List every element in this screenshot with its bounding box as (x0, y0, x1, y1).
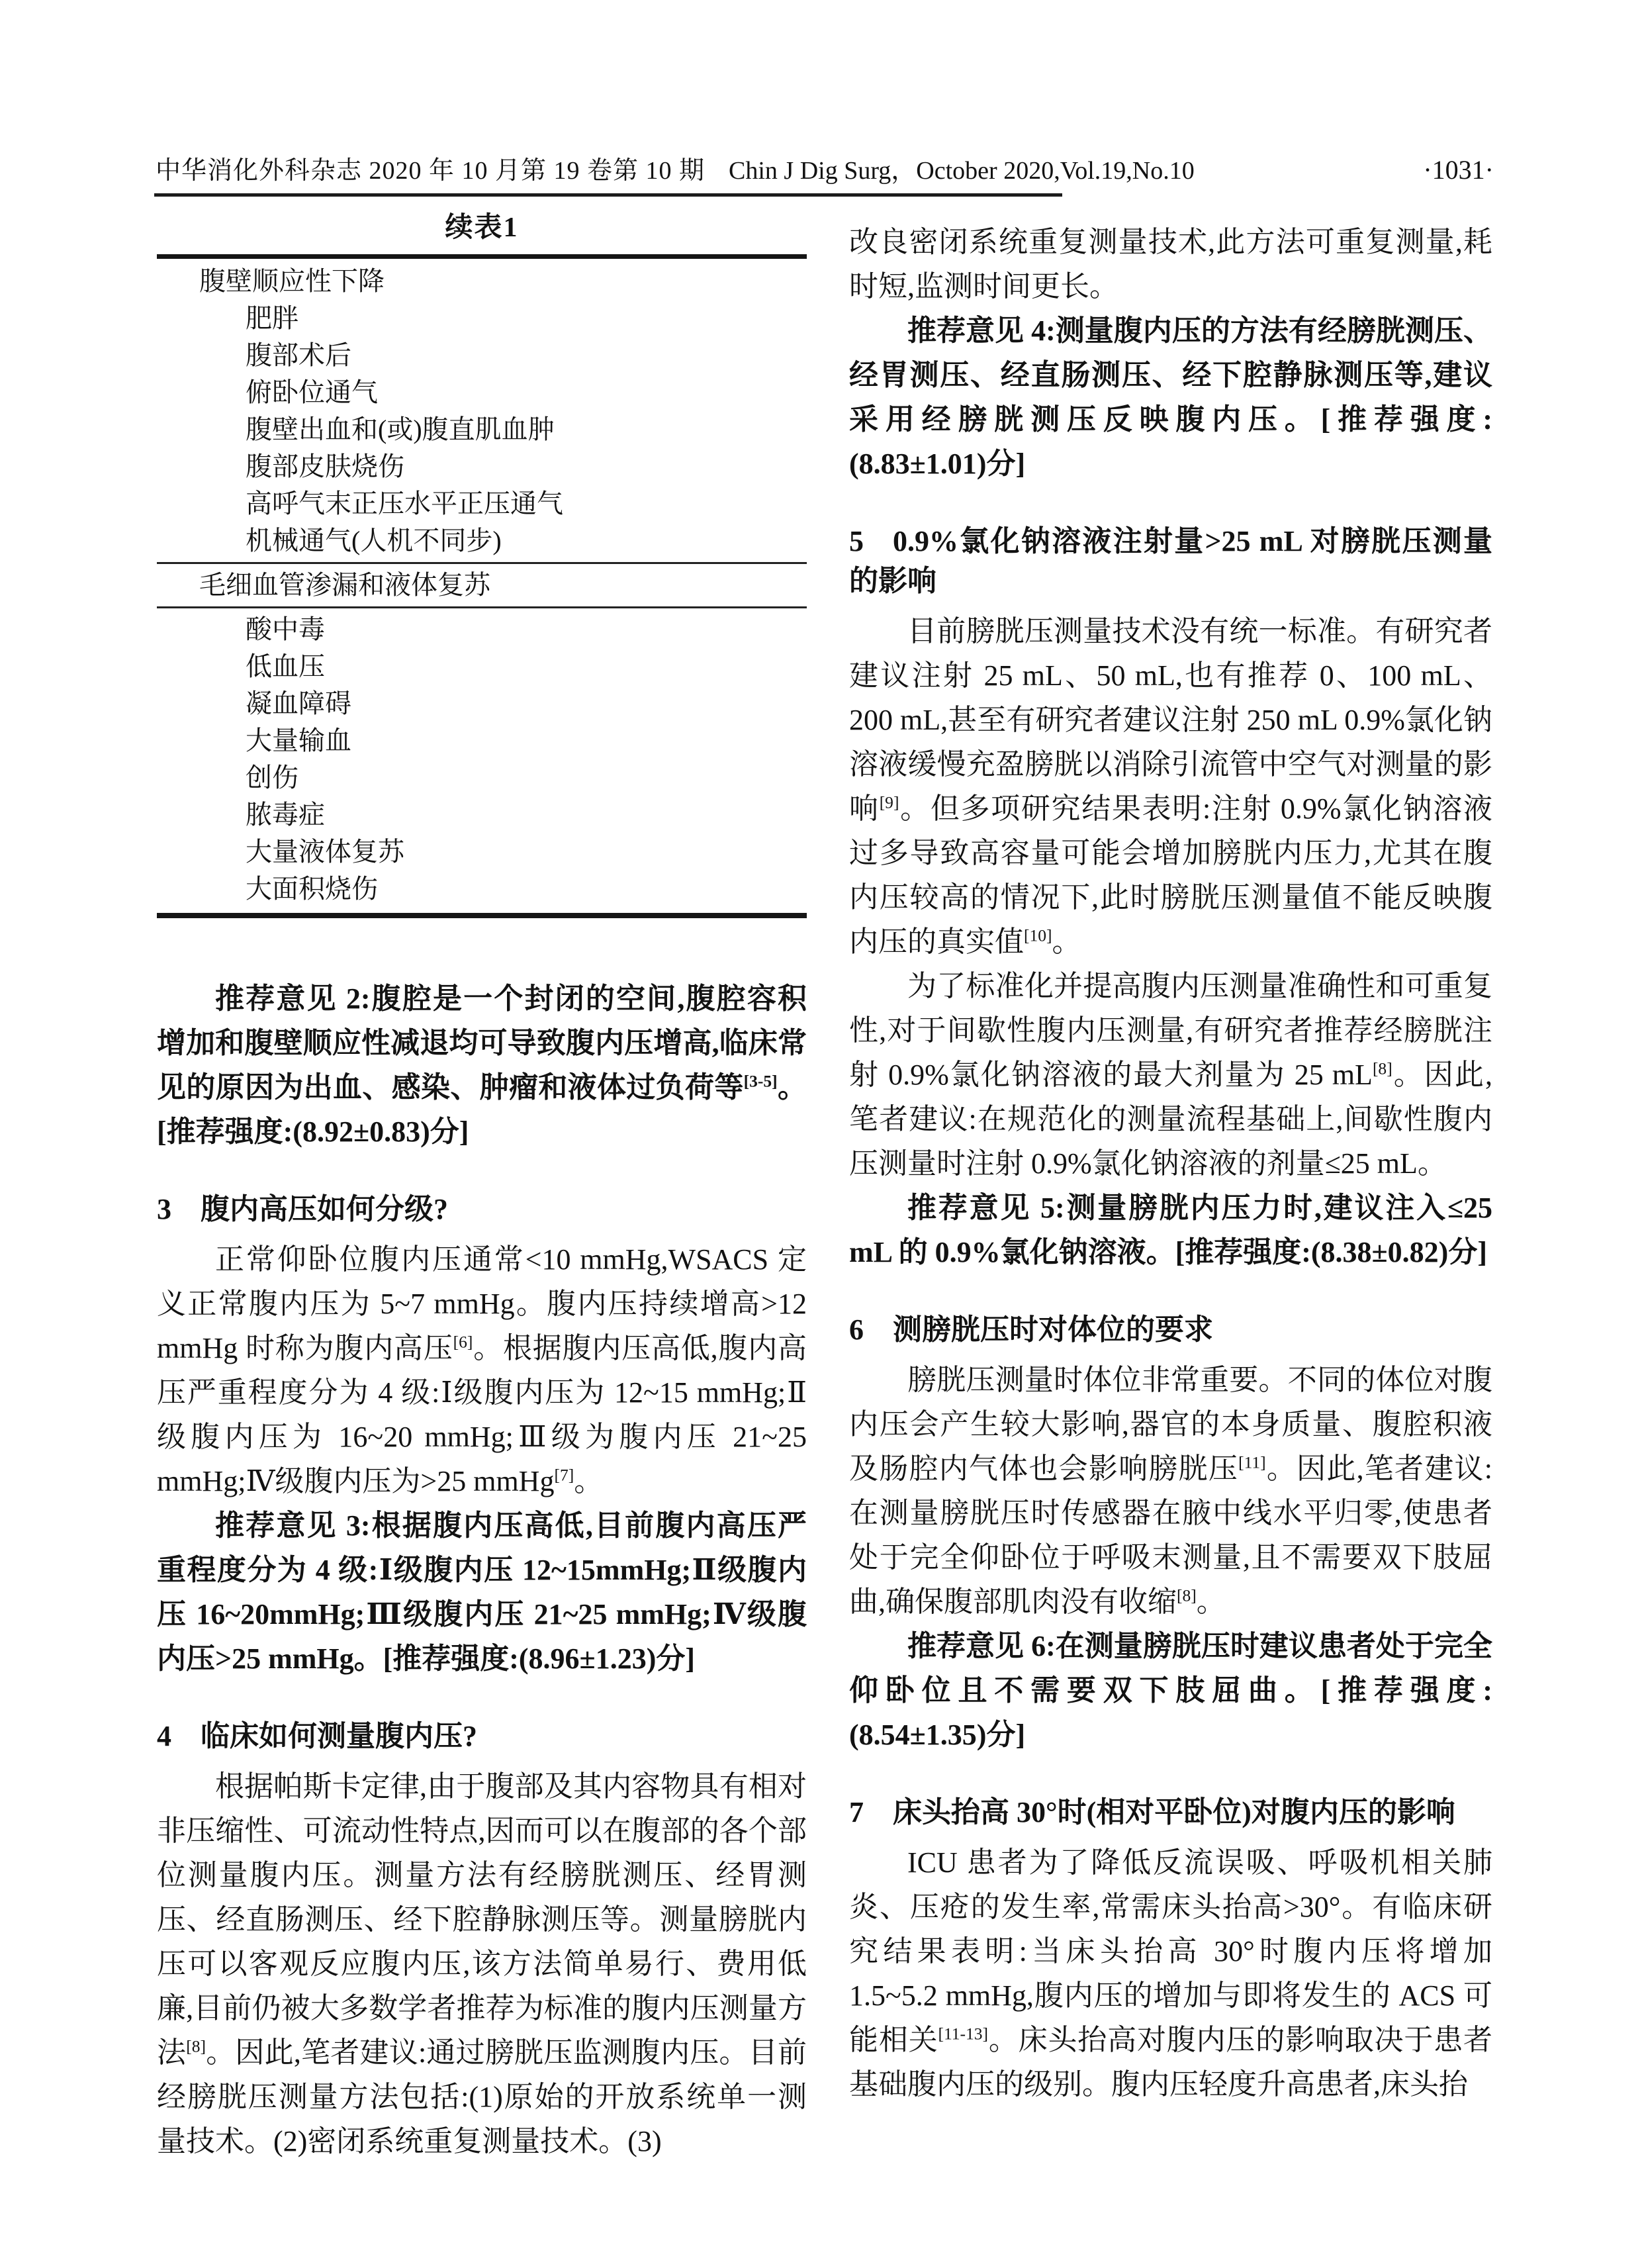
recommendation-5: 推荐意见 5:测量膀胱内压力时,建议注入≤25 mL 的 0.9%氯化钠溶液。[… (849, 1186, 1492, 1274)
table-divider (157, 562, 807, 564)
paragraph-section-5a: 目前膀胱压测量技术没有统一标准。有研究者建议注射 25 mL、50 mL,也有推… (849, 609, 1492, 964)
left-column: 续表1 腹壁顺应性下降 肥胖 腹部术后 俯卧位通气 腹壁出血和(或)腹直肌血肿 … (157, 211, 807, 2163)
paragraph-section-5b: 为了标准化并提高腹内压测量准确性和可重复性,对于间歇性腹内压测量,有研究者推荐经… (849, 964, 1492, 1186)
table-row: 腹壁出血和(或)腹直肌血肿 (157, 411, 807, 448)
section-heading-3: 3腹内高压如何分级? (157, 1190, 807, 1229)
table-row: 凝血障碍 (157, 685, 807, 722)
recommendation-4: 推荐意见 4:测量腹内压的方法有经膀胱测压、经胃测压、经直肠测压、经下腔静脉测压… (849, 308, 1492, 486)
section-title: 腹内高压如何分级? (201, 1193, 448, 1225)
table-row: 创伤 (157, 759, 807, 796)
table-divider (157, 606, 807, 608)
table-row: 大量输血 (157, 722, 807, 759)
table-row: 大面积烧伤 (157, 871, 807, 908)
paragraph-section-4: 根据帕斯卡定律,由于腹部及其内容物具有相对非压缩性、可流动性特点,因而可以在腹部… (157, 1764, 807, 2163)
section-title: 床头抬高 30°时(相对平卧位)对腹内压的影响 (893, 1796, 1455, 1828)
right-column: 改良密闭系统重复测量技术,此方法可重复测量,耗时短,监测时间更长。 推荐意见 4… (849, 220, 1492, 2106)
table-group-header: 腹壁顺应性下降 (157, 263, 807, 300)
table-body: 腹壁顺应性下降 肥胖 腹部术后 俯卧位通气 腹壁出血和(或)腹直肌血肿 腹部皮肤… (157, 254, 807, 918)
paragraph-section-3: 正常仰卧位腹内压通常<10 mmHg,WSACS 定义正常腹内压为 5~7 mm… (157, 1237, 807, 1503)
section-title: 临床如何测量腹内压? (201, 1720, 477, 1752)
table-row: 腹部术后 (157, 337, 807, 374)
section-number: 3 (157, 1193, 171, 1225)
section-title: 0.9%氯化钠溶液注射量>25 mL 对膀胱压测量的影响 (849, 525, 1492, 597)
table-row: 脓毒症 (157, 796, 807, 833)
journal-title-en: Chin J Dig Surg，October 2020,Vol.19,No.1… (729, 157, 1195, 185)
page-number: ·1031· (1423, 154, 1494, 187)
table-row: 大量液体复苏 (157, 833, 807, 871)
table-row: 酸中毒 (157, 611, 807, 648)
section-number: 6 (849, 1313, 864, 1346)
table-row: 高呼气末正压水平正压通气 (157, 485, 807, 522)
running-head: 中华消化外科杂志 2020 年 10 月第 19 卷第 10 期Chin J D… (156, 154, 1195, 187)
table-group-header: 毛细血管渗漏和液体复苏 (157, 567, 807, 604)
table-row: 俯卧位通气 (157, 374, 807, 411)
section-number: 5 (849, 525, 864, 557)
section-heading-6: 6测膀胱压时对体位的要求 (849, 1310, 1492, 1350)
paragraph-section-6: 膀胱压测量时体位非常重要。不同的体位对腹内压会产生较大影响,器官的本身质量、腹腔… (849, 1358, 1492, 1624)
table-row: 机械通气(人机不同步) (157, 522, 807, 559)
continued-table: 续表1 腹壁顺应性下降 肥胖 腹部术后 俯卧位通气 腹壁出血和(或)腹直肌血肿 … (157, 211, 807, 918)
journal-title-cn: 中华消化外科杂志 2020 年 10 月第 19 卷第 10 期 (156, 157, 705, 185)
section-number: 4 (157, 1720, 171, 1752)
section-number: 7 (849, 1796, 864, 1828)
section-heading-7: 7床头抬高 30°时(相对平卧位)对腹内压的影响 (849, 1793, 1492, 1832)
table-row: 腹部皮肤烧伤 (157, 448, 807, 485)
section-heading-4: 4临床如何测量腹内压? (157, 1717, 807, 1756)
section-heading-5: 50.9%氯化钠溶液注射量>25 mL 对膀胱压测量的影响 (849, 522, 1492, 601)
table-title: 续表1 (157, 211, 807, 245)
page-header: 中华消化外科杂志 2020 年 10 月第 19 卷第 10 期Chin J D… (156, 154, 1494, 187)
journal-page: 中华消化外科杂志 2020 年 10 月第 19 卷第 10 期Chin J D… (0, 0, 1642, 2268)
section-title: 测膀胱压时对体位的要求 (893, 1313, 1213, 1346)
recommendation-6: 推荐意见 6:在测量膀胱压时建议患者处于完全仰卧位且不需要双下肢屈曲。[推荐强度… (849, 1624, 1492, 1757)
paragraph-section-4-continued: 改良密闭系统重复测量技术,此方法可重复测量,耗时短,监测时间更长。 (849, 220, 1492, 308)
recommendation-3: 推荐意见 3:根据腹内压高低,目前腹内高压严重程度分为 4 级:Ⅰ级腹内压 12… (157, 1503, 807, 1681)
table-row: 肥胖 (157, 300, 807, 337)
paragraph-section-7: ICU 患者为了降低反流误吸、呼吸机相关肺炎、压疮的发生率,常需床头抬高>30°… (849, 1840, 1492, 2106)
recommendation-2: 推荐意见 2:腹腔是一个封闭的空间,腹腔容积增加和腹壁顺应性减退均可导致腹内压增… (157, 976, 807, 1154)
table-row: 低血压 (157, 648, 807, 685)
header-rule (154, 193, 1062, 197)
